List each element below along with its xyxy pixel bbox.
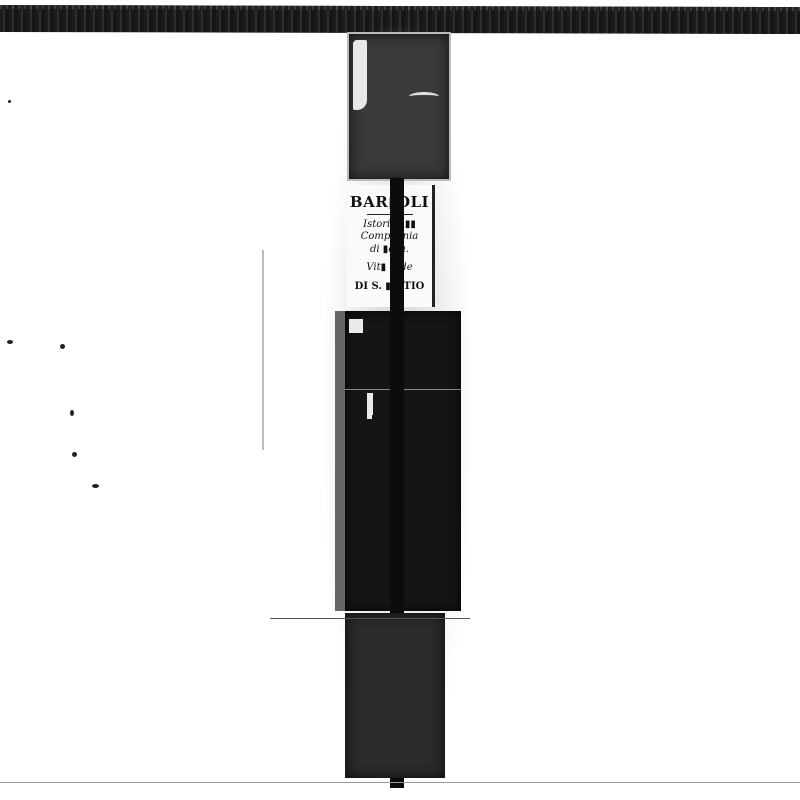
- worn-leather-flake: [353, 40, 367, 110]
- page-bottom-edge: [0, 782, 800, 783]
- book-spine: BAR▮OLI Istoria ▮▮▮ Compagnia di ▮esu. V…: [335, 28, 460, 783]
- spine-panel-top: [347, 32, 451, 181]
- dust-speck: [92, 484, 99, 488]
- dust-speck: [70, 410, 74, 416]
- leather-scratch: [409, 92, 439, 101]
- dust-speck: [8, 100, 11, 103]
- worn-spot: [349, 319, 363, 333]
- worn-spot: [367, 411, 372, 419]
- spine-panel-bottom: [345, 613, 445, 778]
- dust-speck: [7, 340, 13, 344]
- page-fold-shadow: [262, 250, 264, 450]
- dust-speck: [72, 452, 77, 457]
- spine-band-line: [270, 618, 470, 619]
- dust-speck: [60, 344, 65, 349]
